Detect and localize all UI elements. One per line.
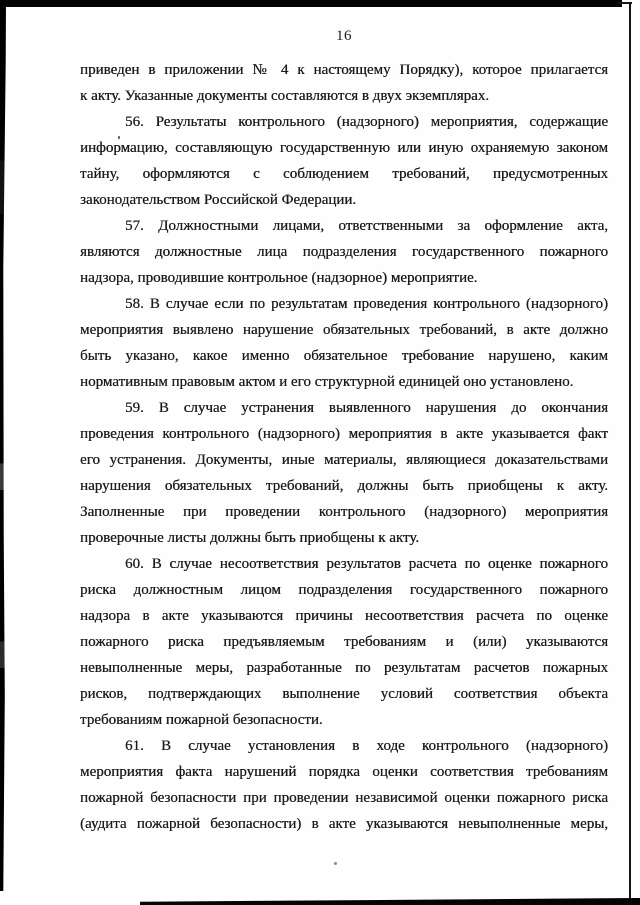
text-line: являются должностные лица подразделения … xyxy=(80,239,608,265)
text-line: его устранения. Документы, иные материал… xyxy=(80,447,608,473)
text-line: мероприятия выявлено нарушение обязатель… xyxy=(80,317,608,343)
scan-edge-right xyxy=(629,2,631,905)
text-line: тайну, оформляются с соблюдением требова… xyxy=(80,161,608,187)
text-line: 60. В случае несоответствия результатов … xyxy=(80,551,608,577)
text-line: приведен в приложении № 4 к настоящему П… xyxy=(80,57,608,83)
scan-edge-top xyxy=(0,0,622,7)
scan-edge-bottom xyxy=(140,897,640,905)
text-line: нормативным правовым актом и его структу… xyxy=(80,369,608,395)
text-line: 61. В случае установления в ходе контрол… xyxy=(80,733,608,759)
text-line: к акту. Указанные документы составляются… xyxy=(80,83,608,109)
document-body: приведен в приложении № 4 к настоящему П… xyxy=(80,57,608,837)
text-line: 56. Результаты контрольного (надзорного)… xyxy=(80,109,608,135)
text-line: пожарной безопасности при проведении нез… xyxy=(80,785,608,811)
text-line: риска должностным лицом подразделения го… xyxy=(80,577,608,603)
scan-artifact-dot xyxy=(334,862,337,865)
text-line: Заполненные при проведении контрольного … xyxy=(80,499,608,525)
text-line: быть указано, какое именно обязательное … xyxy=(80,343,608,369)
text-line: нарушения обязательных требований, должн… xyxy=(80,473,608,499)
text-line: мероприятия факта нарушений порядка оцен… xyxy=(80,759,608,785)
text-line: проведения контрольного (надзорного) мер… xyxy=(80,421,608,447)
text-line: проверочные листы должны быть приобщены … xyxy=(80,525,608,551)
text-line: невыполненные меры, разработанные по рез… xyxy=(80,655,608,681)
text-line: 59. В случае устранения выявленного нару… xyxy=(80,395,608,421)
text-line: информацию, составляющую государственную… xyxy=(80,135,608,161)
text-line: законодательством Российской Федерации. xyxy=(80,187,608,213)
text-line: (аудита пожарной безопасности) в акте ук… xyxy=(80,811,608,837)
page-number: 16 xyxy=(80,28,608,45)
text-line: надзора в акте указываются причины несоо… xyxy=(80,603,608,629)
text-line: пожарного риска предъявляемым требования… xyxy=(80,629,608,655)
scan-edge-left xyxy=(0,0,6,891)
scanned-document-page: 16 приведен в приложении № 4 к настоящем… xyxy=(0,0,640,905)
text-line: 58. В случае если по результатам проведе… xyxy=(80,291,608,317)
text-line: 57. Должностными лицами, ответственными … xyxy=(80,213,608,239)
text-line: надзора, проводившие контрольное (надзор… xyxy=(80,265,608,291)
text-line: требованиям пожарной безопасности. xyxy=(80,707,608,733)
text-line: рисков, подтверждающих выполнение услови… xyxy=(80,681,608,707)
